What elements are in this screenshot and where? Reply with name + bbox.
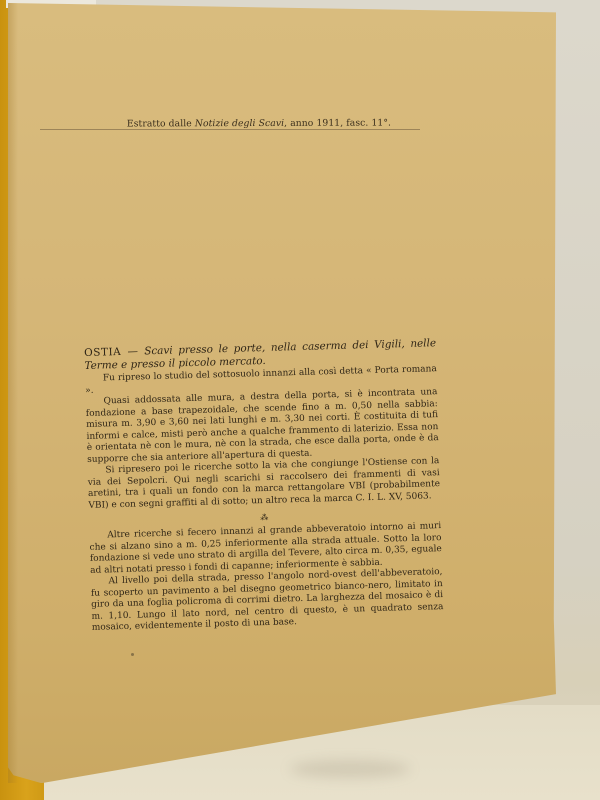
paragraph: Al livello poi della strada, presso l'an… <box>90 567 443 634</box>
journal-title: Notizie degli Scavi <box>195 118 284 129</box>
header-prefix: Estratto dalle <box>127 118 192 129</box>
header-suffix: , anno 1911, fasc. 11°. <box>284 118 391 129</box>
paragraph: Si ripresero poi le ricerche sotto la vi… <box>87 456 440 512</box>
surface-stain <box>290 760 410 778</box>
place-heading: OSTIA — <box>84 345 139 359</box>
ink-speck <box>131 653 134 656</box>
paragraph: Quasi addossata alle mura, a destra dell… <box>85 387 439 466</box>
article-body: OSTIA — Scavi presso le porte, nella cas… <box>84 337 444 634</box>
header-rule <box>40 129 420 130</box>
offprint-header: Estratto dalle Notizie degli Scavi, anno… <box>100 117 418 129</box>
page-edge-shadow <box>8 3 18 783</box>
